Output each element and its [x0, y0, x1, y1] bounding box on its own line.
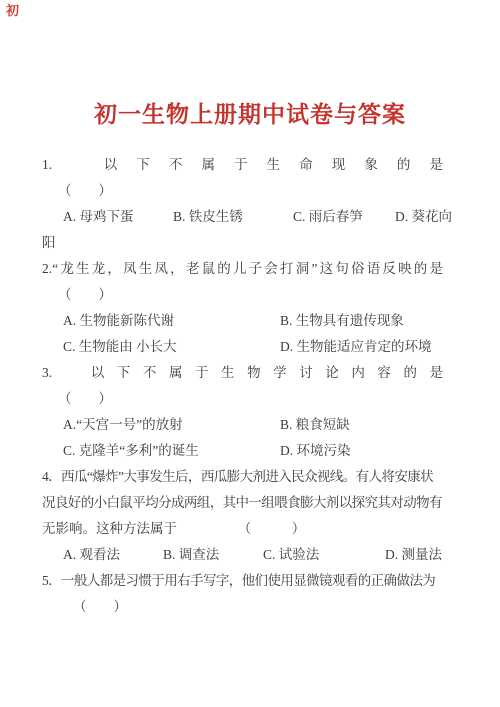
question-4-options: A. 观看法 B. 调查法 C. 试验法 D. 测量法 — [42, 542, 443, 568]
question-4-option-d: D. 测量法 — [385, 542, 442, 568]
question-1-option-d: D. 葵花向 — [395, 204, 452, 230]
question-3-option-c: C. 克隆羊“多利”的诞生 — [63, 438, 199, 464]
question-2-option-b: B. 生物具有遗传现象 — [280, 308, 404, 334]
exam-body: 1. 以下不属于生命现象的是 （ ） A. 母鸡下蛋 B. 铁皮生锈 C. 雨后… — [42, 152, 443, 620]
question-3-option-a: A.“天宫一号”的放射 — [63, 412, 183, 438]
question-1-option-a: A. 母鸡下蛋 — [63, 204, 134, 230]
question-4-option-a: A. 观看法 — [63, 542, 120, 568]
question-3-options-row-2: C. 克隆羊“多利”的诞生 D. 环境污染 — [42, 438, 443, 464]
question-3-option-b: B. 粮食短缺 — [280, 412, 350, 438]
question-1-options: A. 母鸡下蛋 B. 铁皮生锈 C. 雨后春笋 D. 葵花向 — [42, 204, 443, 230]
question-2-stem: 2.“龙生龙，凤生凤，老鼠的儿子会打洞”这句俗语反映的是 — [42, 256, 443, 282]
question-1-answer-bracket: （ ） — [42, 178, 443, 204]
question-5-stem: 5．一般人都是习惯于用右手写字，他们使用显微镜观看的正确做法为 — [42, 568, 443, 594]
question-2-option-c: C. 生物能由 小长大 — [63, 334, 177, 360]
question-1-option-b: B. 铁皮生锈 — [173, 204, 243, 230]
question-1-stem: 1. 以下不属于生命现象的是 — [42, 152, 443, 178]
question-4-option-b: B. 调查法 — [163, 542, 219, 568]
page-title: 初一生物上册期中试卷与答案 — [0, 0, 500, 129]
question-2-answer-bracket: （ ） — [42, 282, 443, 308]
question-2-option-a: A. 生物能新陈代谢 — [63, 308, 174, 334]
question-1-option-c: C. 雨后春笋 — [293, 204, 363, 230]
question-4-stem-line-3: 无影响。这种方法属于 （ ） — [42, 516, 443, 542]
question-3-answer-bracket: （ ） — [42, 386, 443, 412]
question-2-options-row-2: C. 生物能由 小长大 D. 生物能适应肯定的环境 — [42, 334, 443, 360]
question-2-option-d: D. 生物能适应肯定的环境 — [280, 334, 432, 360]
question-3-option-d: D. 环境污染 — [280, 438, 351, 464]
question-1-option-d-wrap: 阳 — [42, 230, 443, 256]
question-3-options-row-1: A.“天宫一号”的放射 B. 粮食短缺 — [42, 412, 443, 438]
question-3-stem: 3. 以下不属于生物学讨论内容的是 — [42, 360, 443, 386]
question-4-stem-line-2: 况良好的小白鼠平均分成两组，其中一组喂食膨大剂以探究其对动物有 — [42, 490, 443, 516]
question-4-stem-line-1: 4．西瓜“爆炸”大事发生后，西瓜膨大剂进入民众视线。有人将安康状 — [42, 464, 443, 490]
question-5-answer-bracket: （ ） — [42, 594, 443, 620]
question-2-options-row-1: A. 生物能新陈代谢 B. 生物具有遗传现象 — [42, 308, 443, 334]
question-4-option-c: C. 试验法 — [263, 542, 319, 568]
corner-watermark-icon: 初 — [6, 4, 19, 18]
